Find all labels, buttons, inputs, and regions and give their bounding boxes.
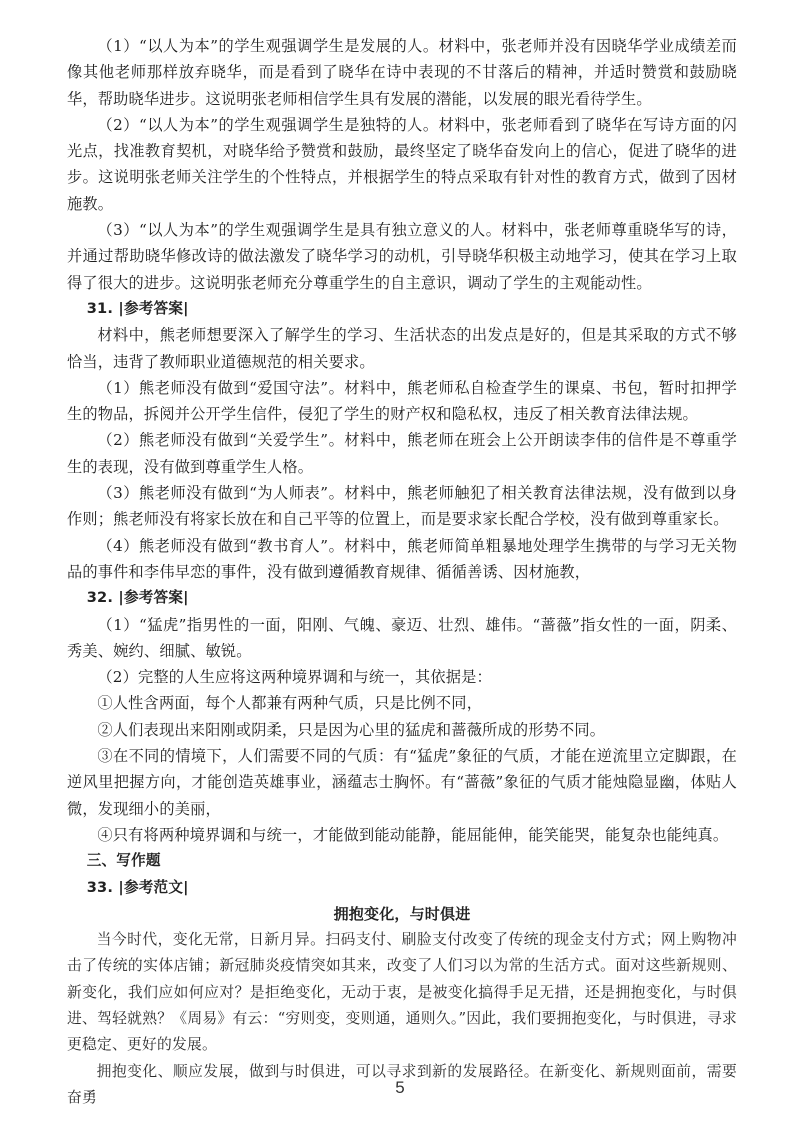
document-page: （1）“以人为本”的学生观强调学生是发展的人。材料中，张老师并没有因晓华学业成绩… [67,33,737,1111]
answer-32-reason-4: ④只有将两种境界调和与统一，才能做到能动能静，能屈能伸，能笑能哭，能复杂也能纯真… [67,822,737,848]
writing-section-header: 三、写作题 [67,848,737,874]
question-31-header: 31. |参考答案| [67,296,737,322]
answer-32-reason-3: ③在不同的情境下，人们需要不同的气质：有“猛虎”象征的气质，才能在逆流里立定脚跟… [67,743,737,822]
essay-title: 拥抱变化，与时俱进 [67,901,737,927]
essay-paragraph-1: 当今时代，变化无常，日新月异。扫码支付、刷脸支付改变了传统的现金支付方式；网上购… [67,927,737,1058]
answer-32-point-1: （1）“猛虎”指男性的一面，阳刚、气魄、豪迈、壮烈、雄伟。“蔷薇”指女性的一面，… [67,612,737,665]
answer-32-reason-2: ②人们表现出来阳刚或阴柔，只是因为心里的猛虎和蔷薇所成的形势不同。 [67,717,737,743]
answer-30-point-1: （1）“以人为本”的学生观强调学生是发展的人。材料中，张老师并没有因晓华学业成绩… [67,33,737,112]
question-33-header: 33. |参考范文| [67,875,737,901]
answer-31-point-1: （1）熊老师没有做到“爱国守法”。材料中，熊老师私自检查学生的课桌、书包，暂时扣… [67,375,737,428]
page-number: 5 [0,1078,800,1098]
answer-31-intro: 材料中，熊老师想要深入了解学生的学习、生活状态的出发点是好的，但是其采取的方式不… [67,322,737,375]
answer-31-point-2: （2）熊老师没有做到“关爱学生”。材料中，熊老师在班会上公开朗读李伟的信件是不尊… [67,427,737,480]
answer-32-reason-1: ①人性含两面，每个人都兼有两种气质，只是比例不同， [67,690,737,716]
answer-30-point-3: （3）“以人为本”的学生观强调学生是具有独立意义的人。材料中，张老师尊重晓华写的… [67,217,737,296]
answer-31-point-3: （3）熊老师没有做到“为人师表”。材料中，熊老师触犯了相关教育法律法规，没有做到… [67,480,737,533]
question-32-header: 32. |参考答案| [67,585,737,611]
answer-31-point-4: （4）熊老师没有做到“教书育人”。材料中，熊老师简单粗暴地处理学生携带的与学习无… [67,533,737,586]
answer-30-point-2: （2）“以人为本”的学生观强调学生是独特的人。材料中，张老师看到了晓华在写诗方面… [67,112,737,217]
answer-32-point-2: （2）完整的人生应将这两种境界调和与统一，其依据是： [67,664,737,690]
